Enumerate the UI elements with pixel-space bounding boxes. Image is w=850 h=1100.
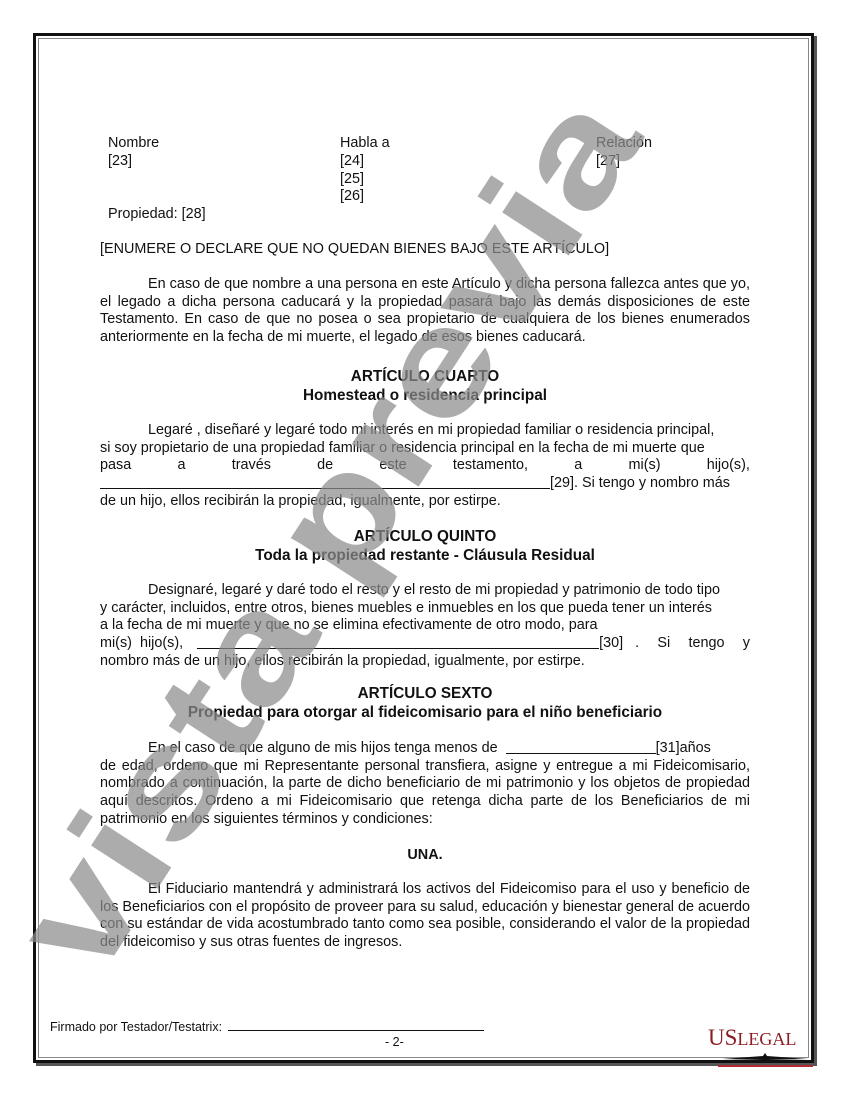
lapse-paragraph: En caso de que nombre a una persona en e… xyxy=(100,276,750,347)
blank-field-31[interactable] xyxy=(506,740,656,754)
page-frame-shadow xyxy=(36,1063,817,1066)
signature-line: Firmado por Testador/Testatrix: xyxy=(50,1019,484,1034)
page-frame-shadow xyxy=(814,36,817,1066)
word: pasa xyxy=(100,457,131,475)
logo-text: USLEGAL xyxy=(708,1026,823,1051)
word: este xyxy=(379,457,406,475)
enumerate-note: [ENUMERE O DECLARE QUE NO QUEDAN BIENES … xyxy=(100,241,609,259)
text-line: [29]. Si tengo y nombro más xyxy=(100,475,750,493)
text: . Si tengo y nombro más xyxy=(574,475,750,493)
signature-label: Firmado por Testador/Testatrix: xyxy=(50,1020,222,1034)
text: En el caso de que alguno de mis hijos te… xyxy=(148,740,498,758)
word: tengo xyxy=(688,635,724,653)
text: si soy propietario de una propiedad fami… xyxy=(100,440,705,458)
word: mi(s) xyxy=(629,457,661,475)
word: de xyxy=(317,457,333,475)
field-tag: [29] xyxy=(550,475,574,493)
word: Si xyxy=(657,635,670,653)
article-6-subheading: Propiedad para otorgar al fideicomisario… xyxy=(100,703,750,722)
blank-field-30[interactable] xyxy=(197,635,599,649)
word: a xyxy=(177,457,185,475)
column-header-relation: Relación xyxy=(596,135,652,153)
article-5-paragraph: Designaré, legaré y daré todo el resto y… xyxy=(100,582,750,671)
signature-field[interactable] xyxy=(228,1019,484,1031)
uslegal-logo: USLEGAL xyxy=(708,1026,823,1066)
text-line: En el caso de que alguno de mis hijos te… xyxy=(100,740,750,758)
blank-field-29[interactable] xyxy=(100,475,550,489)
field-tag: [31] xyxy=(656,740,680,758)
text-line: Legaré , diseñaré y legaré todo mi inter… xyxy=(100,422,750,440)
field-tag: [26] xyxy=(340,188,364,206)
article-5-heading: ARTÍCULO QUINTO xyxy=(100,527,750,546)
text: años xyxy=(680,740,750,758)
word: través xyxy=(232,457,271,475)
text-line: a la fecha de mi muerte y que no se elim… xyxy=(100,617,750,635)
field-tag: [27] xyxy=(596,153,620,171)
text: .Sitengoy xyxy=(623,635,750,653)
article-4-paragraph: Legaré , diseñaré y legaré todo mi inter… xyxy=(100,422,750,511)
paragraph-text: El Fiduciario mantendrá y administrará l… xyxy=(100,881,750,950)
text-line: de un hijo, ellos recibirán la propiedad… xyxy=(100,493,750,511)
text-block: de edad, ordeno que mi Representante per… xyxy=(100,758,750,829)
section-una-heading: UNA. xyxy=(100,846,750,865)
paragraph-text: En caso de que nombre a una persona en e… xyxy=(100,276,750,345)
property-label: Propiedad: [28] xyxy=(108,206,206,224)
text: Designaré, legaré y daré todo el resto y… xyxy=(148,582,720,598)
column-header-name: Nombre xyxy=(108,135,159,153)
field-tag: [24] xyxy=(340,153,364,171)
field-tag: [23] xyxy=(108,153,132,171)
column-header-speaks-to: Habla a xyxy=(340,135,390,153)
field-tag: [25] xyxy=(340,171,364,189)
word: hijo(s), xyxy=(707,457,750,475)
eagle-emblem-icon xyxy=(708,1051,823,1067)
article-6-paragraph: En el caso de que alguno de mis hijos te… xyxy=(100,740,750,829)
word: . xyxy=(635,635,639,653)
article-5-subheading: Toda la propiedad restante - Cláusula Re… xyxy=(100,546,750,565)
article-4-subheading: Homestead o residencia principal xyxy=(100,386,750,405)
word: a xyxy=(574,457,582,475)
section-una-paragraph: El Fiduciario mantendrá y administrará l… xyxy=(100,881,750,952)
word: testamento, xyxy=(453,457,528,475)
text-line: si soy propietario de una propiedad fami… xyxy=(100,440,750,458)
article-4-heading: ARTÍCULO CUARTO xyxy=(100,367,750,386)
text-line: pasaatravésdeestetestamento,ami(s)hijo(s… xyxy=(100,457,750,475)
text: mi(s) hijo(s), xyxy=(100,635,183,653)
text: Legaré , diseñaré y legaré todo mi inter… xyxy=(148,422,714,438)
text-line: y carácter, incluidos, entre otros, bien… xyxy=(100,600,750,618)
text-line: nombro más de un hijo, ellos recibirán l… xyxy=(100,653,750,671)
page-number: - 2- xyxy=(385,1035,404,1049)
text-line: Designaré, legaré y daré todo el resto y… xyxy=(100,582,750,600)
article-6-heading: ARTÍCULO SEXTO xyxy=(100,684,750,703)
field-tag: [30] xyxy=(599,635,623,653)
word: y xyxy=(743,635,750,653)
text-line: mi(s) hijo(s),[30].Sitengoy xyxy=(100,635,750,653)
